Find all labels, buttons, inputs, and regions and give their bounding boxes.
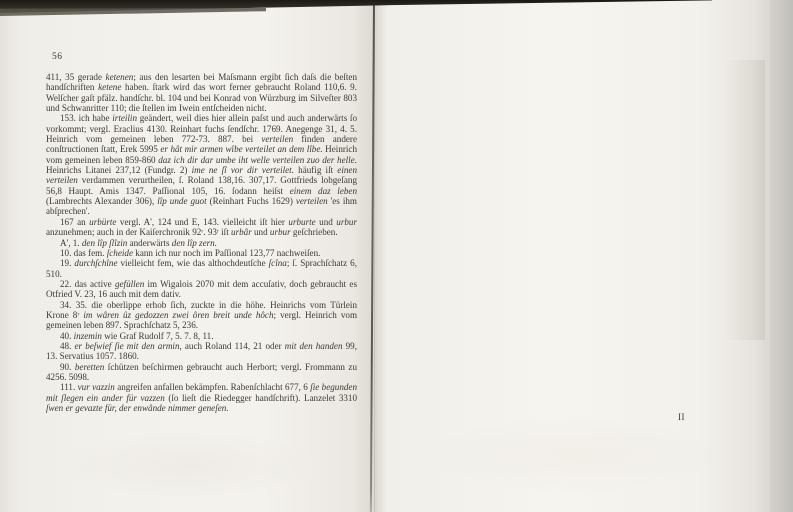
page-left-text: 411, 35 gerade ketenen; aus den lesarten… [46, 72, 357, 413]
paragraph: 90. beretten ſchützen beſchirmen gebrauc… [46, 362, 357, 383]
cited-phrase: mit den handen [285, 341, 343, 351]
cited-phrase: inzemin [74, 331, 102, 341]
paragraph: 167 an urbürte vergl. A', 124 und E, 143… [46, 217, 357, 238]
cited-phrase: den lîp ſlîzin [82, 238, 127, 248]
cited-phrase: urbur [270, 227, 291, 237]
cited-phrase: ime ne ſî vor dir verteilet. [192, 165, 294, 175]
paragraph: 10. das fem. ſcheide kann ich nur noch i… [46, 248, 357, 258]
cited-phrase: urbürte [89, 217, 116, 227]
signature-mark: II [678, 412, 685, 422]
cited-phrase: den lîp zern. [172, 238, 217, 248]
cited-phrase: irteilin [112, 113, 137, 123]
text-run: vergl. A', 124 und E, 143. vielleicht iſ… [116, 217, 288, 227]
page-left: 56 411, 35 gerade ketenen; aus den lesar… [0, 0, 374, 512]
cited-phrase: ketenen [106, 72, 134, 82]
cited-phrase: durchſchîne [74, 258, 117, 268]
paragraph: 48. er beſwief ſie mit den armin, auch R… [46, 341, 357, 362]
paragraph: 111. vur vazzin angreifen anfallen bekäm… [46, 382, 357, 413]
text-run: 411, 35 gerade [46, 72, 106, 82]
cited-phrase: ſcheide [107, 248, 133, 258]
text-run: anzunehmen; auch in der Kaiſerchronik 92… [46, 227, 231, 237]
text-run: (Reinhart Fuchs 1629) [207, 196, 296, 206]
cited-phrase: verteilen [296, 196, 328, 206]
paragraph: 22. das active gefüllen im Wigalois 2070… [46, 279, 357, 300]
text-run: 167 an [60, 217, 89, 227]
paragraph: 40. inzemin wie Graf Rudolf 7, 5. 7. 8, … [46, 331, 357, 341]
text-run: wie Graf Rudolf 7, 5. 7. 8, 11. [102, 331, 214, 341]
text-run: anderwärts [127, 238, 171, 248]
text-run: A', 1. [60, 238, 82, 248]
page-number-left: 56 [52, 52, 63, 62]
cited-phrase: verteilen [261, 134, 293, 144]
cited-phrase: daz ich dir dar umbe iht welle verteilen… [158, 155, 357, 165]
text-run: 153. ich habe [60, 113, 112, 123]
cited-phrase: er hât mir armen wîbe verteilet an dem l… [160, 144, 322, 154]
text-run: (ſo lieſt die Riedegger handſchrift). La… [165, 393, 357, 403]
paragraph: 34. 35. die oberlippe erhob ſich, zuckte… [46, 300, 357, 331]
cited-phrase: ſwen er gevazte für, der enwânde nimmer … [46, 403, 229, 413]
cited-phrase: urbâr [231, 227, 252, 237]
cited-phrase: er beſwief ſie mit den armin [75, 341, 180, 351]
cited-phrase: einem daz leben [290, 186, 357, 196]
text-run: angreifen anfallen bekämpfen. Rabenſchla… [115, 382, 310, 392]
paragraph: 153. ich habe irteilin geändert, weil di… [46, 113, 357, 216]
text-run: 90. [60, 362, 75, 372]
cited-phrase: ketene [98, 82, 121, 92]
text-run: Heinrichs Litanei 237,12 (Fundgr. 2) [46, 165, 192, 175]
cited-phrase: vur vazzin [78, 382, 115, 392]
cited-phrase: gefüllen [115, 279, 144, 289]
book-scan: 56 411, 35 gerade ketenen; aus den lesar… [0, 0, 793, 512]
cited-phrase: im wâren ûz gedozzen zwei ôren breit und… [83, 310, 273, 320]
text-run: 40. [60, 331, 74, 341]
text-run: , auch Roland 114, 21 oder [180, 341, 285, 351]
paragraph: 19. durchſchîne vielleicht fem, wie das … [46, 258, 357, 279]
cited-phrase: lîp unde guot [157, 196, 206, 206]
text-run: 48. [60, 341, 75, 351]
text-run: (Lambrechts Alexander 306), [46, 196, 157, 206]
text-run: geſchrieben. [291, 227, 338, 237]
paragraph: A', 1. den lîp ſlîzin anderwärts den lîp… [46, 238, 357, 248]
text-run: und [316, 217, 337, 227]
text-run: 10. das fem. [60, 248, 107, 258]
text-run: 22. das active [60, 279, 115, 289]
page-right: 57 132. diet hier neutr. wie hl. Eliſabe… [375, 0, 770, 512]
cited-phrase: beretten [75, 362, 104, 372]
cited-phrase: ſcîna [269, 258, 287, 268]
text-run: häufig iſt [294, 165, 337, 175]
text-run: kann ich nur noch im Paſſional 123,77 na… [133, 248, 320, 258]
text-run: und [252, 227, 270, 237]
paragraph: 411, 35 gerade ketenen; aus den lesarten… [46, 72, 357, 113]
scan-backdrop [770, 0, 793, 512]
cited-phrase: urbur [336, 217, 357, 227]
text-run: vielleicht fem, wie das althochdeutſche [118, 258, 269, 268]
text-run: 19. [60, 258, 74, 268]
text-run: 111. [60, 382, 78, 392]
cited-phrase: urburte [288, 217, 315, 227]
